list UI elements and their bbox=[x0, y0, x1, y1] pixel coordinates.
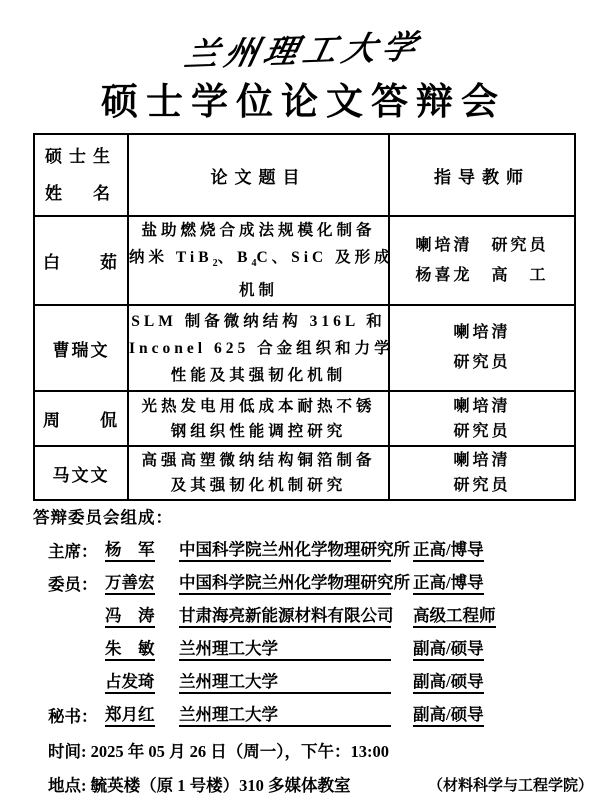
member-title: 正高/博导 bbox=[413, 536, 484, 562]
thesis-line: 纳米 TiB2、B4C、SiC 及形成 bbox=[129, 244, 388, 277]
time-text: 时间: 2025 年 05 月 26 日（周一），下午：13:00 bbox=[48, 742, 389, 761]
committee-member-row: 朱 敏 兰州理工大学 副高/硕导 bbox=[33, 628, 593, 661]
member-title: 正高/博导 bbox=[413, 569, 484, 595]
thesis-line: 钢组织性能调控研究 bbox=[129, 419, 388, 444]
member-name: 万善宏 bbox=[105, 569, 155, 595]
time-line: 时间: 2025 年 05 月 26 日（周一），下午：13:00 bbox=[33, 735, 593, 769]
thesis-line: 光热发电用低成本耐热不锈 bbox=[129, 394, 388, 419]
committee-member-row: 占发琦 兰州理工大学 副高/硕导 bbox=[33, 661, 593, 694]
member-organization: 中国科学院兰州化学物理研究所 bbox=[179, 536, 391, 562]
advisor-line: 研究员 bbox=[390, 419, 574, 444]
committee-member-row: 主席： 杨 军 中国科学院兰州化学物理研究所 正高/博导 bbox=[33, 529, 593, 562]
thesis-line: Inconel 625 合金组织和力学 bbox=[129, 335, 388, 362]
committee-member-row: 冯 涛 甘肃海亮新能源材料有限公司 高级工程师 bbox=[33, 595, 593, 628]
thesis-title-cell: 光热发电用低成本耐热不锈 钢组织性能调控研究 bbox=[128, 391, 389, 446]
table-row: 白 茹 盐助燃烧合成法规模化制备 纳米 TiB2、B4C、SiC 及形成 机制 … bbox=[34, 216, 575, 305]
advisor-line: 喇培清 bbox=[390, 318, 574, 348]
advisor-line: 喇培清 bbox=[390, 448, 574, 473]
table-row: 马文文 高强高塑微纳结构铜箔制备 及其强韧化机制研究 喇培清 研究员 bbox=[34, 446, 575, 500]
advisor-cell: 喇培清 研究员 bbox=[389, 391, 575, 446]
student-name: 白 茹 bbox=[34, 216, 128, 305]
member-title: 副高/硕导 bbox=[413, 701, 484, 727]
thesis-title-cell: 盐助燃烧合成法规模化制备 纳米 TiB2、B4C、SiC 及形成 机制 bbox=[128, 216, 389, 305]
thesis-text: 纳米 TiB bbox=[129, 249, 213, 266]
committee-section: 答辩委员会组成： 主席： 杨 军 中国科学院兰州化学物理研究所 正高/博导 委员… bbox=[33, 507, 593, 727]
committee-member-row: 委员： 万善宏 中国科学院兰州化学物理研究所 正高/博导 bbox=[33, 562, 593, 595]
thesis-text: C、SiC 及形成 bbox=[256, 249, 393, 266]
department-note: （材料科学与工程学院） bbox=[428, 769, 593, 803]
thesis-line: 机制 bbox=[129, 277, 388, 304]
table-header-row: 硕士生 姓 名 论文题目 指导教师 bbox=[34, 134, 575, 216]
advisor-cell: 喇培清 研究员 bbox=[389, 446, 575, 500]
thesis-title-cell: 高强高塑微纳结构铜箔制备 及其强韧化机制研究 bbox=[128, 446, 389, 500]
member-role: 秘书： bbox=[48, 703, 105, 727]
member-role: 委员： bbox=[48, 571, 105, 595]
thesis-text: 、B bbox=[218, 249, 252, 266]
defense-table: 硕士生 姓 名 论文题目 指导教师 白 茹 盐助燃烧合成法规模化制备 纳米 Ti… bbox=[33, 133, 576, 501]
member-name: 杨 军 bbox=[105, 536, 155, 562]
committee-heading: 答辩委员会组成： bbox=[33, 507, 593, 529]
advisor-cell: 喇培清 研究员 杨喜龙 高 工 bbox=[389, 216, 575, 305]
member-organization: 兰州理工大学 bbox=[179, 701, 391, 727]
member-title: 副高/硕导 bbox=[413, 635, 484, 661]
place-line: 地点: 毓英楼（原 1 号楼）310 多媒体教室 （材料科学与工程学院） bbox=[33, 769, 593, 803]
member-title: 高级工程师 bbox=[413, 602, 496, 628]
thesis-line: 盐助燃烧合成法规模化制备 bbox=[129, 217, 388, 244]
student-name: 曹瑞文 bbox=[34, 305, 128, 391]
advisor-cell: 喇培清 研究员 bbox=[389, 305, 575, 391]
table-row: 周 侃 光热发电用低成本耐热不锈 钢组织性能调控研究 喇培清 研究员 bbox=[34, 391, 575, 446]
member-organization: 兰州理工大学 bbox=[179, 635, 391, 661]
member-organization: 中国科学院兰州化学物理研究所 bbox=[179, 569, 391, 595]
university-logo-calligraphy: 兰州理工大学 bbox=[181, 20, 427, 75]
table-row: 曹瑞文 SLM 制备微纳结构 316L 和 Inconel 625 合金组织和力… bbox=[34, 305, 575, 391]
advisor-line: 杨喜龙 高 工 bbox=[390, 261, 574, 291]
member-name: 冯 涛 bbox=[105, 602, 155, 628]
member-name: 郑月红 bbox=[105, 701, 155, 727]
defense-announcement-page: 兰州理工大学 硕士学位论文答辩会 硕士生 姓 名 论文题目 指导教师 白 茹 盐… bbox=[0, 0, 607, 812]
header-student-name: 硕士生 姓 名 bbox=[34, 134, 128, 216]
advisor-line: 喇培清 研究员 bbox=[390, 231, 574, 261]
header-student-name-line2: 姓 名 bbox=[35, 175, 127, 212]
advisor-line: 研究员 bbox=[390, 348, 574, 378]
thesis-line: 性能及其强韧化机制 bbox=[129, 362, 388, 389]
member-name: 朱 敏 bbox=[105, 635, 155, 661]
header-advisor: 指导教师 bbox=[389, 134, 575, 216]
university-logo: 兰州理工大学 bbox=[0, 20, 607, 76]
header-thesis-title: 论文题目 bbox=[128, 134, 389, 216]
member-role: 主席： bbox=[48, 538, 105, 562]
advisor-line: 研究员 bbox=[390, 473, 574, 498]
thesis-line: 高强高塑微纳结构铜箔制备 bbox=[129, 448, 388, 473]
advisor-line: 喇培清 bbox=[390, 394, 574, 419]
member-name: 占发琦 bbox=[105, 668, 155, 694]
header-student-name-line1: 硕士生 bbox=[35, 138, 127, 175]
footer-section: 时间: 2025 年 05 月 26 日（周一），下午：13:00 地点: 毓英… bbox=[33, 735, 593, 803]
thesis-line: 及其强韧化机制研究 bbox=[129, 473, 388, 498]
page-title: 硕士学位论文答辩会 bbox=[0, 80, 607, 126]
student-name: 周 侃 bbox=[34, 391, 128, 446]
student-name: 马文文 bbox=[34, 446, 128, 500]
committee-member-row: 秘书： 郑月红 兰州理工大学 副高/硕导 bbox=[33, 694, 593, 727]
member-organization: 兰州理工大学 bbox=[179, 668, 391, 694]
thesis-line: SLM 制备微纳结构 316L 和 bbox=[129, 308, 388, 335]
thesis-title-cell: SLM 制备微纳结构 316L 和 Inconel 625 合金组织和力学 性能… bbox=[128, 305, 389, 391]
place-text: 地点: 毓英楼（原 1 号楼）310 多媒体教室 bbox=[48, 769, 351, 803]
member-organization: 甘肃海亮新能源材料有限公司 bbox=[179, 602, 391, 628]
member-title: 副高/硕导 bbox=[413, 668, 484, 694]
